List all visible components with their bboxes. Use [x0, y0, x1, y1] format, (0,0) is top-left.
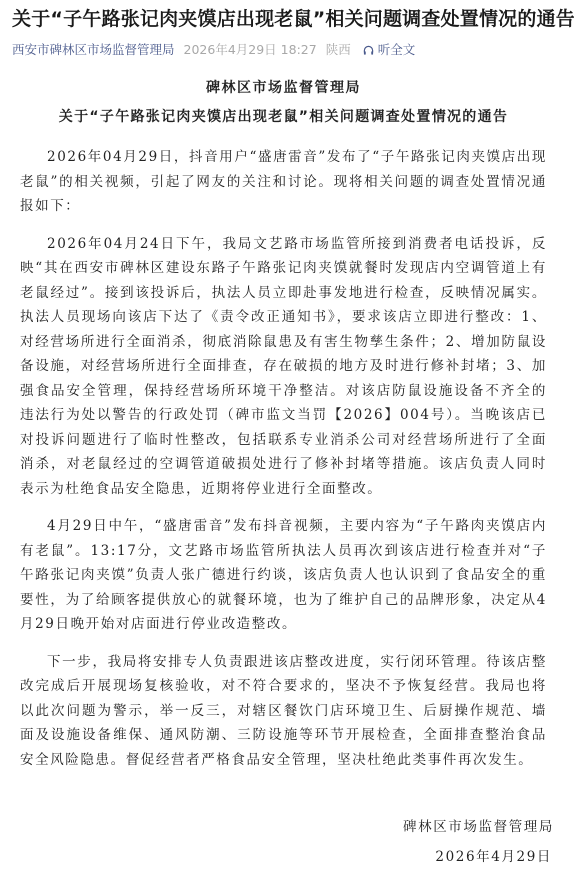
headphones-icon: [363, 45, 374, 56]
listen-label: 听全文: [378, 42, 416, 58]
document-title: 关于“子午路张记肉夹馍店出现老鼠”相关问题调查处置情况的通告: [20, 107, 547, 127]
paragraph: 2026年04月24日下午，我局文艺路市场监管所接到消费者电话投诉，反映“其在西…: [20, 232, 547, 502]
publish-time: 2026年4月29日 18:27: [184, 42, 317, 58]
region-label: 陕西: [326, 42, 351, 58]
article-title: 关于“子午路张记肉夹馍店出现老鼠”相关问题调查处置情况的通告: [12, 0, 562, 32]
document-org-heading: 碑林区市场监督管理局: [20, 78, 547, 98]
source-link[interactable]: 西安市碑林区市场监督管理局: [12, 42, 175, 58]
listen-button[interactable]: 听全文: [363, 42, 416, 58]
paragraph: 下一步，我局将安排专人负责跟进该店整改进度，实行闭环管理。待该店整改完成后开展现…: [20, 650, 547, 773]
signature-date: 2026年4月29日: [435, 845, 552, 865]
paragraph: 2026年04月29日，抖音用户“盛唐雷音”发布了“子午路张记肉夹馍店出现老鼠”…: [20, 145, 547, 219]
article-header: 关于“子午路张记肉夹馍店出现老鼠”相关问题调查处置情况的通告 西安市碑林区市场监…: [0, 0, 574, 58]
paragraph: 4月29日中午，“盛唐雷音”发布抖音视频，主要内容为“子午路肉夹馍店内有老鼠”。…: [20, 514, 547, 637]
article-meta: 西安市碑林区市场监督管理局 2026年4月29日 18:27 陕西 听全文: [12, 42, 562, 58]
notice-document: 碑林区市场监督管理局 关于“子午路张记肉夹馍店出现老鼠”相关问题调查处置情况的通…: [0, 78, 574, 772]
signature-org: 碑林区市场监督管理局: [403, 815, 554, 835]
